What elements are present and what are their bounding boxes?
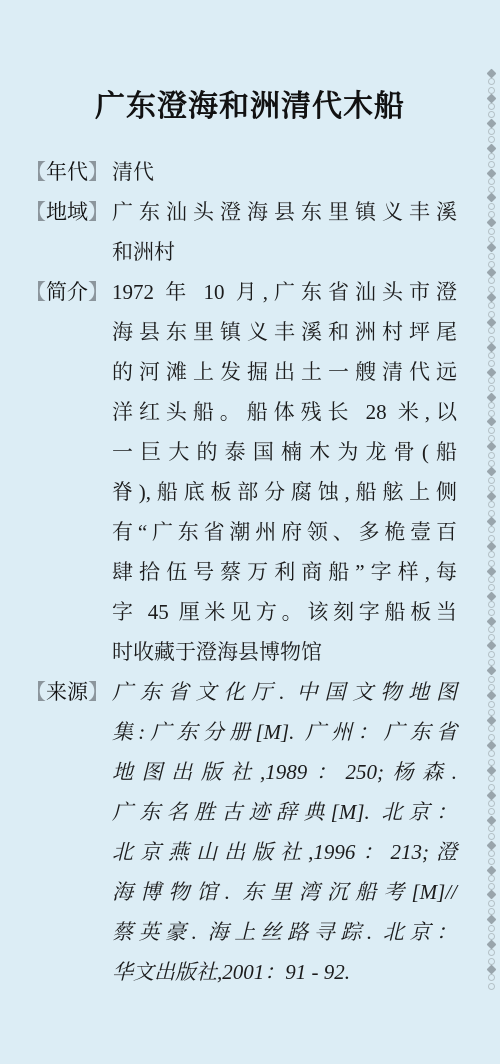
diamond-icon <box>487 317 497 327</box>
diamond-icon <box>487 143 497 153</box>
left-bracket: 【 <box>25 680 46 704</box>
circle-icon <box>488 900 495 907</box>
diamond-icon <box>487 691 497 701</box>
entry-era-label: 【年代】 <box>25 152 112 192</box>
circle-icon <box>488 535 495 542</box>
diamond-icon <box>487 442 497 452</box>
diamond-icon <box>487 293 497 303</box>
circle-icon <box>488 949 495 956</box>
circle-icon <box>488 178 495 185</box>
diamond-icon <box>487 591 497 601</box>
text-line: 洋红头船。船体残长 28 米,以 <box>112 392 457 432</box>
diamond-icon <box>487 641 497 651</box>
text-line: 的河滩上发掘出土一艘清代远 <box>112 352 457 392</box>
circle-icon <box>488 833 495 840</box>
diamond-icon <box>487 566 497 576</box>
circle-icon <box>488 253 495 260</box>
circle-icon <box>488 601 495 608</box>
diamond-icon <box>487 342 497 352</box>
circle-icon <box>488 311 495 318</box>
circle-icon <box>488 136 495 143</box>
text-line: 有“广东省潮州府领、多桅壹百 <box>112 512 457 552</box>
text-line: 肆拾伍号蔡万利商船”字样,每 <box>112 552 457 592</box>
circle-icon <box>488 584 495 591</box>
circle-icon <box>488 800 495 807</box>
circle-icon <box>488 526 495 533</box>
circle-icon <box>488 327 495 334</box>
diamond-icon <box>487 93 497 103</box>
entry-summary-label: 【简介】 <box>25 272 112 312</box>
entry-era-body: 清代 <box>112 152 457 192</box>
text-line: 广东名胜古迹辞典[M]. 北京： <box>112 792 457 832</box>
circle-icon <box>488 875 495 882</box>
left-bracket: 【 <box>25 160 46 184</box>
book-page: 广东澄海和洲清代木船 【年代】 清代 【地域】 广东汕头澄海县东里镇义丰溪和洲村… <box>0 0 500 1064</box>
circle-icon <box>488 352 495 359</box>
right-bracket: 】 <box>88 160 109 184</box>
entry-era: 【年代】 清代 <box>25 152 457 192</box>
entry-region: 【地域】 广东汕头澄海县东里镇义丰溪和洲村 <box>25 192 457 272</box>
entry-summary: 【简介】 1972 年 10 月,广东省汕头市澄海县东里镇义丰溪和洲村坪尾的河滩… <box>25 272 457 672</box>
text-line: 地图出版社,1989：250;杨森. <box>112 752 457 792</box>
circle-icon <box>488 360 495 367</box>
circle-icon <box>488 560 495 567</box>
diamond-icon <box>487 940 497 950</box>
circle-icon <box>488 576 495 583</box>
circle-icon <box>488 161 495 168</box>
diamond-icon <box>487 765 497 775</box>
circle-icon <box>488 775 495 782</box>
circle-icon <box>488 203 495 210</box>
text-line: 蔡英豪. 海上丝路寻踪. 北京： <box>112 912 457 952</box>
circle-icon <box>488 626 495 633</box>
right-bracket: 】 <box>88 200 109 224</box>
diamond-icon <box>487 840 497 850</box>
circle-icon <box>488 725 495 732</box>
entry-region-label: 【地域】 <box>25 192 112 232</box>
diamond-icon <box>487 218 497 228</box>
circle-icon <box>488 377 495 384</box>
left-bracket: 【 <box>25 280 46 304</box>
circle-icon <box>488 477 495 484</box>
diamond-icon <box>487 367 497 377</box>
right-bracket: 】 <box>88 680 109 704</box>
diamond-icon <box>487 790 497 800</box>
circle-icon <box>488 850 495 857</box>
diamond-icon <box>487 118 497 128</box>
text-line: 时收藏于澄海县博物馆 <box>112 632 457 672</box>
diamond-icon <box>487 716 497 726</box>
circle-icon <box>488 228 495 235</box>
right-bracket: 】 <box>88 280 109 304</box>
circle-icon <box>488 277 495 284</box>
circle-icon <box>488 452 495 459</box>
diamond-icon <box>487 392 497 402</box>
circle-icon <box>488 78 495 85</box>
entry-source: 【来源】 广东省文化厅. 中国文物地图集:广东分册[M]. 广州：广东省地图出版… <box>25 672 457 992</box>
circle-icon <box>488 385 495 392</box>
diamond-icon <box>487 243 497 253</box>
circle-icon <box>488 974 495 981</box>
circle-icon <box>488 858 495 865</box>
entries-list: 【年代】 清代 【地域】 广东汕头澄海县东里镇义丰溪和洲村 【简介】 1972 … <box>25 152 457 992</box>
text-line: 字 45 厘米见方。该刻字船板当 <box>112 592 457 632</box>
text-line: 1972 年 10 月,广东省汕头市澄 <box>112 272 457 312</box>
diamond-icon <box>487 168 497 178</box>
circle-icon <box>488 651 495 658</box>
circle-icon <box>488 128 495 135</box>
diamond-icon <box>487 517 497 527</box>
text-line: 海博物馆. 东里湾沉船考[M]// <box>112 872 457 912</box>
circle-icon <box>488 983 495 990</box>
entry-region-body: 广东汕头澄海县东里镇义丰溪和洲村 <box>112 192 457 272</box>
entry-source-body: 广东省文化厅. 中国文物地图集:广东分册[M]. 广州：广东省地图出版社,198… <box>112 672 457 992</box>
circle-icon <box>488 925 495 932</box>
text-line: 广东省文化厅. 中国文物地图 <box>112 672 457 712</box>
circle-icon <box>488 153 495 160</box>
text-line: 一巨大的泰国楠木为龙骨(船 <box>112 432 457 472</box>
circle-icon <box>488 551 495 558</box>
diamond-icon <box>487 890 497 900</box>
entry-summary-body: 1972 年 10 月,广东省汕头市澄海县东里镇义丰溪和洲村坪尾的河滩上发掘出土… <box>112 272 457 672</box>
diamond-icon <box>487 193 497 203</box>
text-line: 和洲村 <box>112 232 457 272</box>
text-line: 海县东里镇义丰溪和洲村坪尾 <box>112 312 457 352</box>
diamond-icon <box>487 616 497 626</box>
entry-label-text: 地域 <box>46 200 88 224</box>
circle-icon <box>488 336 495 343</box>
left-bracket: 【 <box>25 200 46 224</box>
entry-source-label: 【来源】 <box>25 672 112 712</box>
diamond-icon <box>487 417 497 427</box>
page-title: 广东澄海和洲清代木船 <box>0 88 500 126</box>
circle-icon <box>488 808 495 815</box>
diamond-icon <box>487 467 497 477</box>
circle-icon <box>488 759 495 766</box>
decorative-border <box>486 70 497 990</box>
entry-label-text: 年代 <box>46 160 88 184</box>
circle-icon <box>488 701 495 708</box>
text-line: 广东汕头澄海县东里镇义丰溪 <box>112 192 457 232</box>
circle-icon <box>488 784 495 791</box>
diamond-icon <box>487 865 497 875</box>
circle-icon <box>488 427 495 434</box>
circle-icon <box>488 609 495 616</box>
diamond-icon <box>487 268 497 278</box>
text-line: 脊),船底板部分腐蚀,船舷上侧 <box>112 472 457 512</box>
diamond-icon <box>487 815 497 825</box>
entry-label-text: 来源 <box>46 680 88 704</box>
diamond-icon <box>487 666 497 676</box>
diamond-icon <box>487 915 497 925</box>
entry-label-text: 简介 <box>46 280 88 304</box>
text-line: 华文出版社,2001：91 - 92. <box>112 952 457 992</box>
diamond-icon <box>487 965 497 975</box>
circle-icon <box>488 750 495 757</box>
circle-icon <box>488 825 495 832</box>
circle-icon <box>488 111 495 118</box>
circle-icon <box>488 501 495 508</box>
circle-icon <box>488 103 495 110</box>
circle-icon <box>488 87 495 94</box>
diamond-icon <box>487 69 497 79</box>
text-line: 北京燕山出版社,1996：213;澄 <box>112 832 457 872</box>
text-line: 集:广东分册[M]. 广州：广东省 <box>112 712 457 752</box>
text-line: 清代 <box>112 152 457 192</box>
diamond-icon <box>487 541 497 551</box>
diamond-icon <box>487 741 497 751</box>
circle-icon <box>488 676 495 683</box>
diamond-icon <box>487 492 497 502</box>
circle-icon <box>488 402 495 409</box>
circle-icon <box>488 302 495 309</box>
